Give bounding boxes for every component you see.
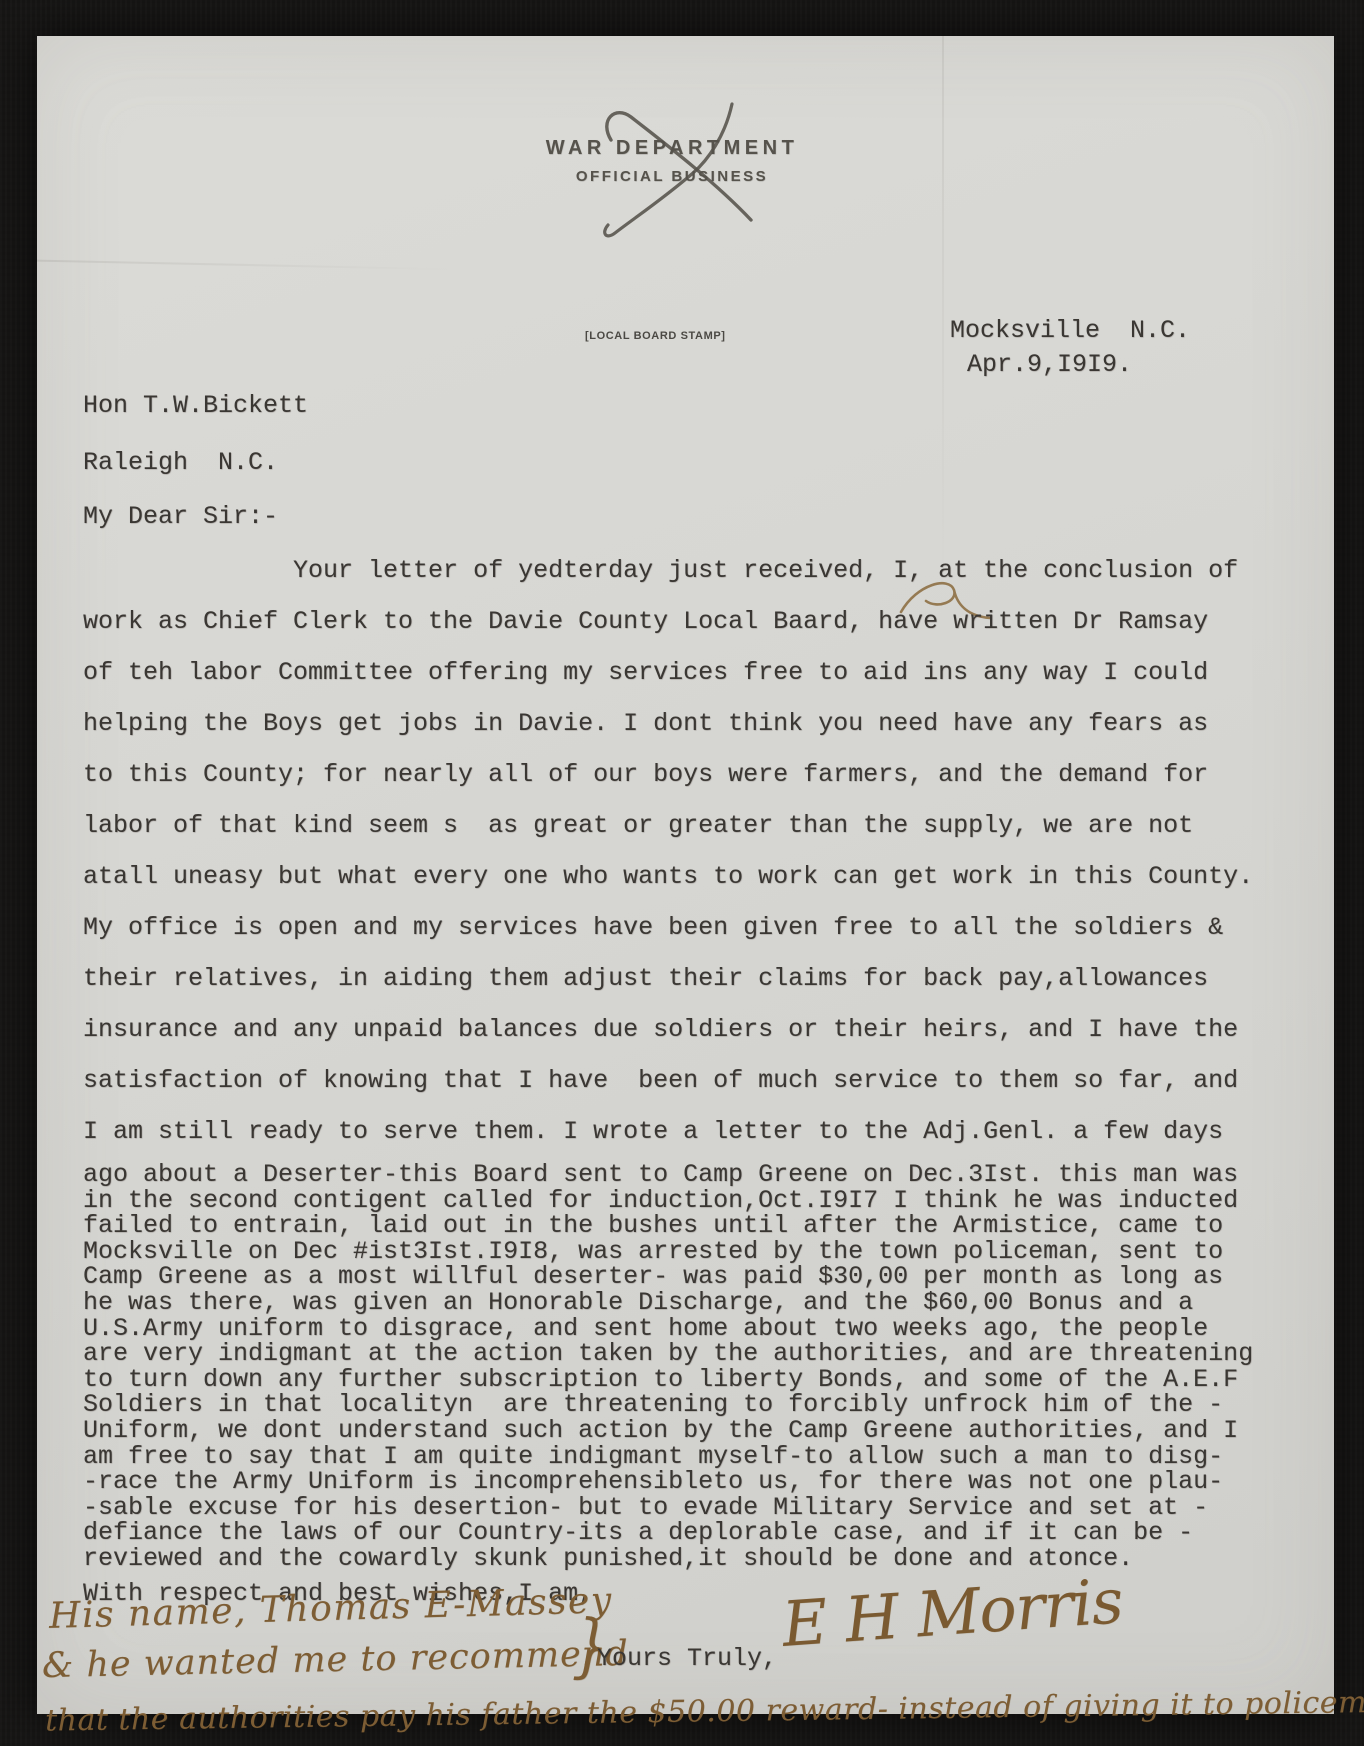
body-paragraph-1: Your letter of yedterday just received, … xyxy=(83,545,1253,1157)
postscript-handwritten-line-2: & he wanted me to recommend xyxy=(42,1634,629,1686)
typed-closing: Yours Truly, xyxy=(597,1644,777,1673)
salutation: My Dear Sir:- xyxy=(83,502,278,531)
handwritten-signature: E H Morris xyxy=(780,1564,1125,1661)
dateline-place: Mocksville N.C. xyxy=(950,316,1190,345)
dateline-date: Apr.9,I9I9. xyxy=(967,350,1132,379)
recipient-name: Hon T.W.Bickett xyxy=(83,391,308,420)
body-paragraph-2: ago about a Deserter-this Board sent to … xyxy=(83,1162,1253,1572)
postscript-handwritten-line-3: that the authorities pay his father the … xyxy=(45,1685,1364,1739)
paper-crease-horizontal xyxy=(37,260,457,271)
recipient-city: Raleigh N.C. xyxy=(83,448,278,477)
local-board-stamp-placeholder: [LOCAL BOARD STAMP] xyxy=(585,330,726,342)
cross-out-x-icon xyxy=(589,92,774,247)
letter-paper: WAR DEPARTMENT OFFICIAL BUSINESS [LOCAL … xyxy=(37,36,1334,1714)
paper-crease-vertical xyxy=(942,36,944,596)
scan-background: WAR DEPARTMENT OFFICIAL BUSINESS [LOCAL … xyxy=(0,0,1364,1746)
